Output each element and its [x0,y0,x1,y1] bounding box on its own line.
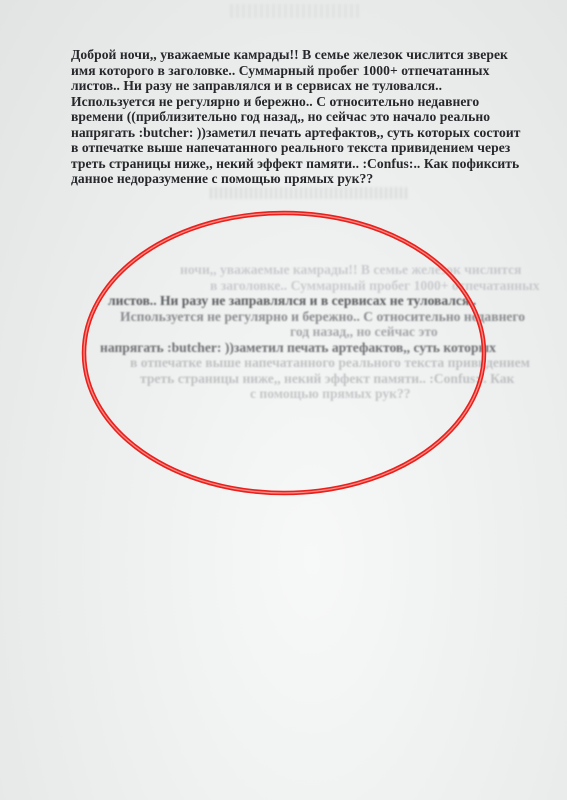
printed-line: Доброй ночи,, уважаемые камрады!! В семь… [71,47,511,63]
printed-line: листов.. Ни разу не заправлялся и в серв… [71,78,511,94]
ghost-line: Используется не регулярно и бережно.. С … [100,309,500,325]
faint-top-artifact [230,4,360,18]
printed-line: напрягать :butcher: ))заметил печать арт… [71,125,511,141]
printed-line: данное недоразумение с помощью прямых ру… [71,171,511,187]
ghost-line: в отпечатке выше напечатанного реального… [100,355,500,371]
ghost-line: треть страницы ниже,, некий эффект памят… [100,371,500,387]
ghost-line: в заголовке.. Суммарный пробег 1000+ отп… [100,278,500,294]
printed-line: имя которого в заголовке.. Суммарный про… [71,63,511,79]
ghost-image-text: ночи,, уважаемые камрады!! В семье желез… [100,262,500,402]
ghost-line: ночи,, уважаемые камрады!! В семье желез… [100,262,500,278]
printed-line: в отпечатке выше напечатанного реального… [71,140,511,156]
printed-page-photo: Доброй ночи,, уважаемые камрады!! В семь… [0,0,567,800]
printed-text-block: Доброй ночи,, уважаемые камрады!! В семь… [71,47,511,187]
ghost-line: напрягать :butcher: ))заметил печать арт… [100,340,500,356]
printed-line: Используется не регулярно и бережно.. С … [71,94,511,110]
printed-line: треть страницы ниже,, некий эффект памят… [71,156,511,172]
ghost-line: год назад,, но сейчас это [100,324,500,340]
toner-smear [210,187,410,199]
printed-line: времени ((приблизительно год назад,, но … [71,109,511,125]
ghost-line: листов.. Ни разу не заправлялся и в серв… [100,293,500,309]
ghost-line: с помощью прямых рук?? [100,386,500,402]
